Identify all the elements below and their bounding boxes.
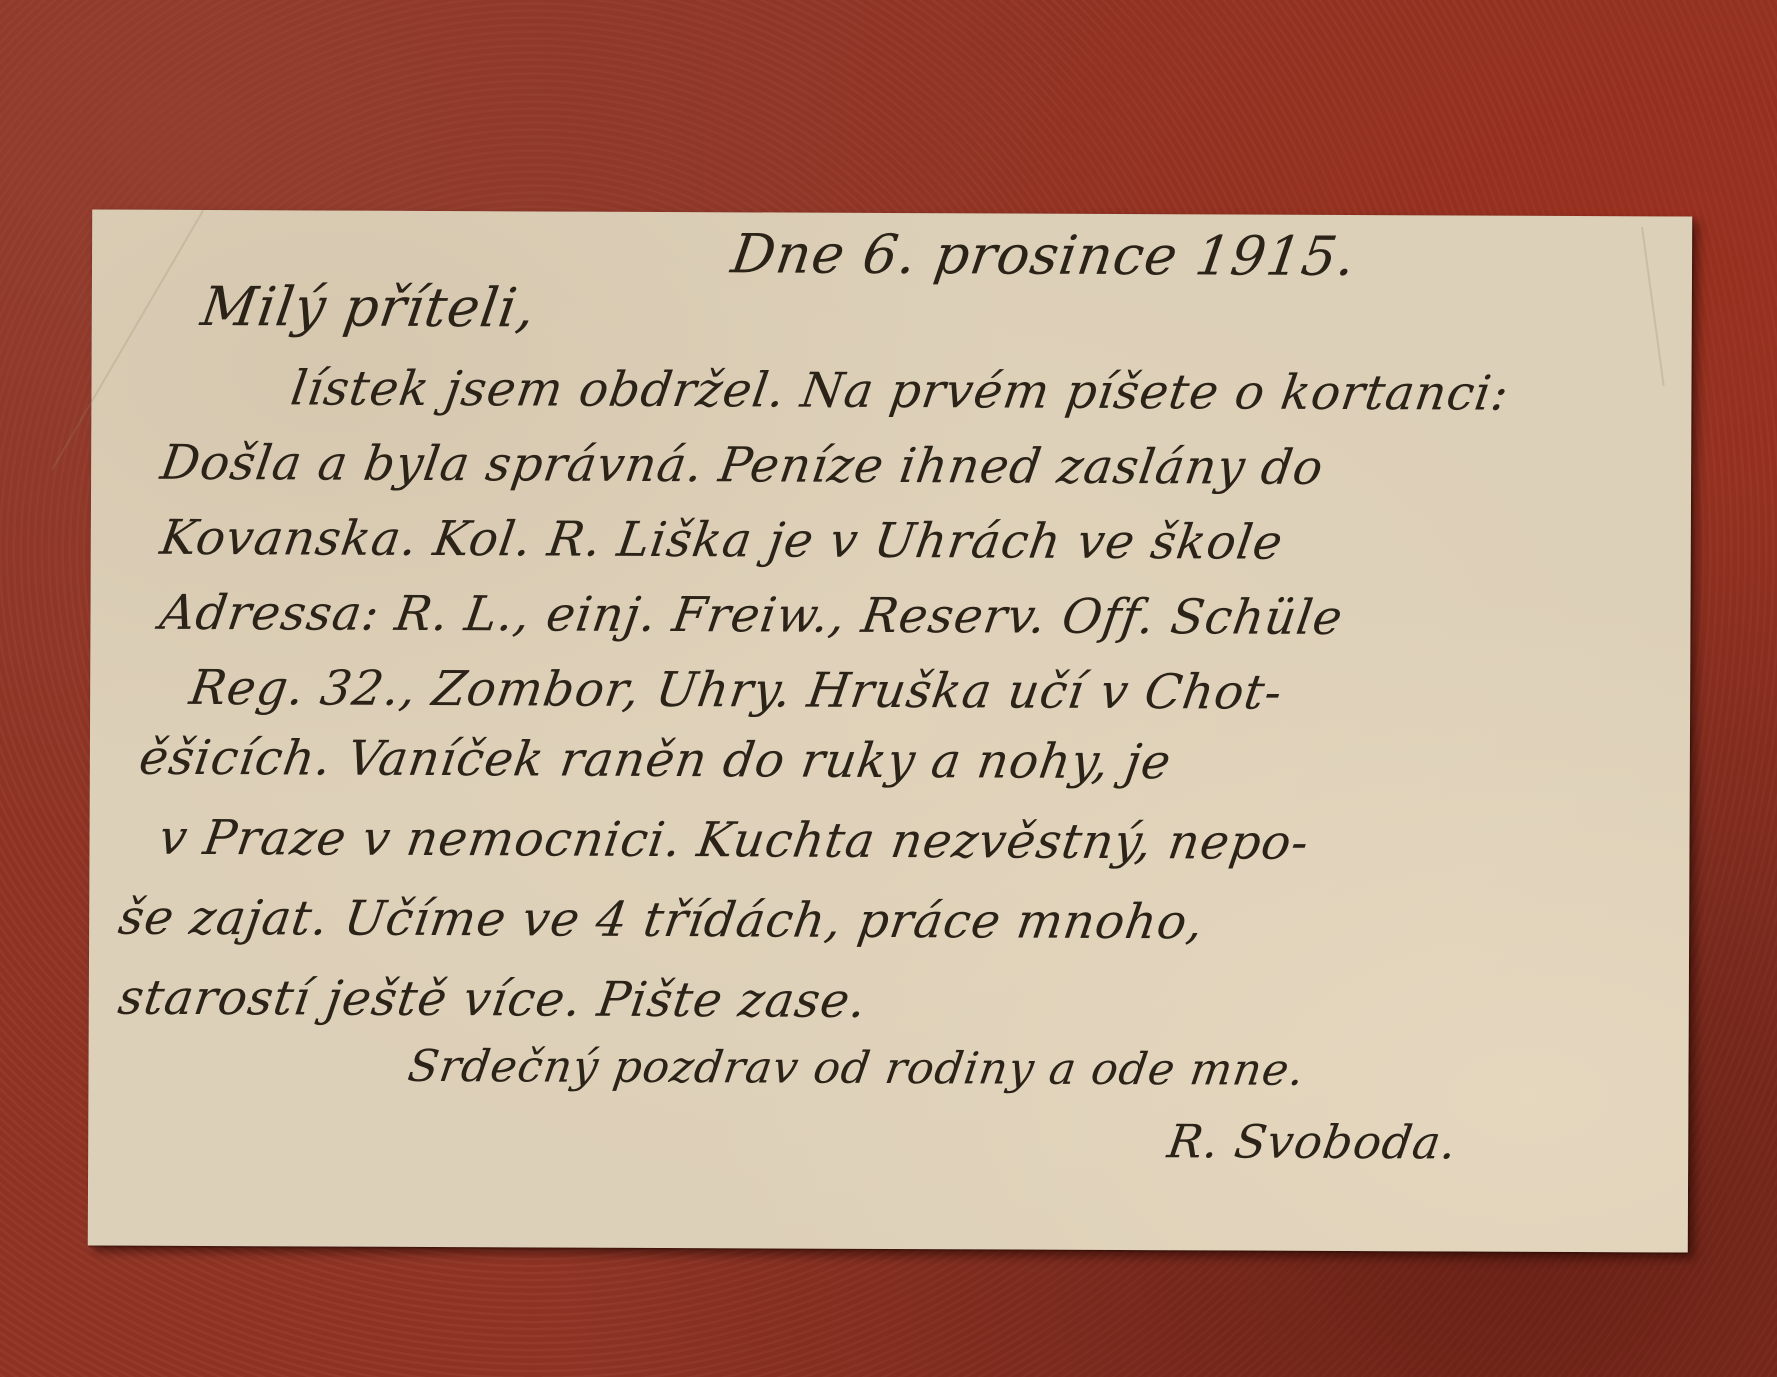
card-crease: [1641, 227, 1665, 386]
body-line: v Praze v nemocnici. Kuchta nezvěstný, n…: [155, 810, 1312, 871]
closing-greeting: Srdečný pozdrav od rodiny a ode mne.: [405, 1041, 1308, 1096]
signature: R. Svoboda.: [1164, 1114, 1461, 1169]
body-line: Reg. 32., Zombor, Uhry. Hruška učí v Cho…: [186, 660, 1286, 721]
body-line: Došla a byla správná. Peníze ihned zaslá…: [157, 435, 1327, 496]
body-line: Adressa: R. L., einj. Freiw., Reserv. Of…: [156, 585, 1346, 646]
date-line: Dne 6. prosince 1915.: [728, 222, 1361, 288]
body-line: Kovanska. Kol. R. Liška je v Uhrách ve š…: [157, 510, 1287, 571]
body-line: lístek jsem obdržel. Na prvém píšete o k…: [287, 360, 1512, 421]
body-line: starostí ještě více. Pište zase.: [115, 970, 871, 1029]
postcard: Dne 6. prosince 1915. Milý příteli, líst…: [88, 210, 1693, 1253]
salutation: Milý příteli,: [197, 275, 540, 339]
body-line: ěšicích. Vaníček raněn do ruky a nohy, j…: [136, 730, 1175, 790]
body-line: še zajat. Učíme ve 4 třídách, práce mnoh…: [115, 890, 1208, 951]
